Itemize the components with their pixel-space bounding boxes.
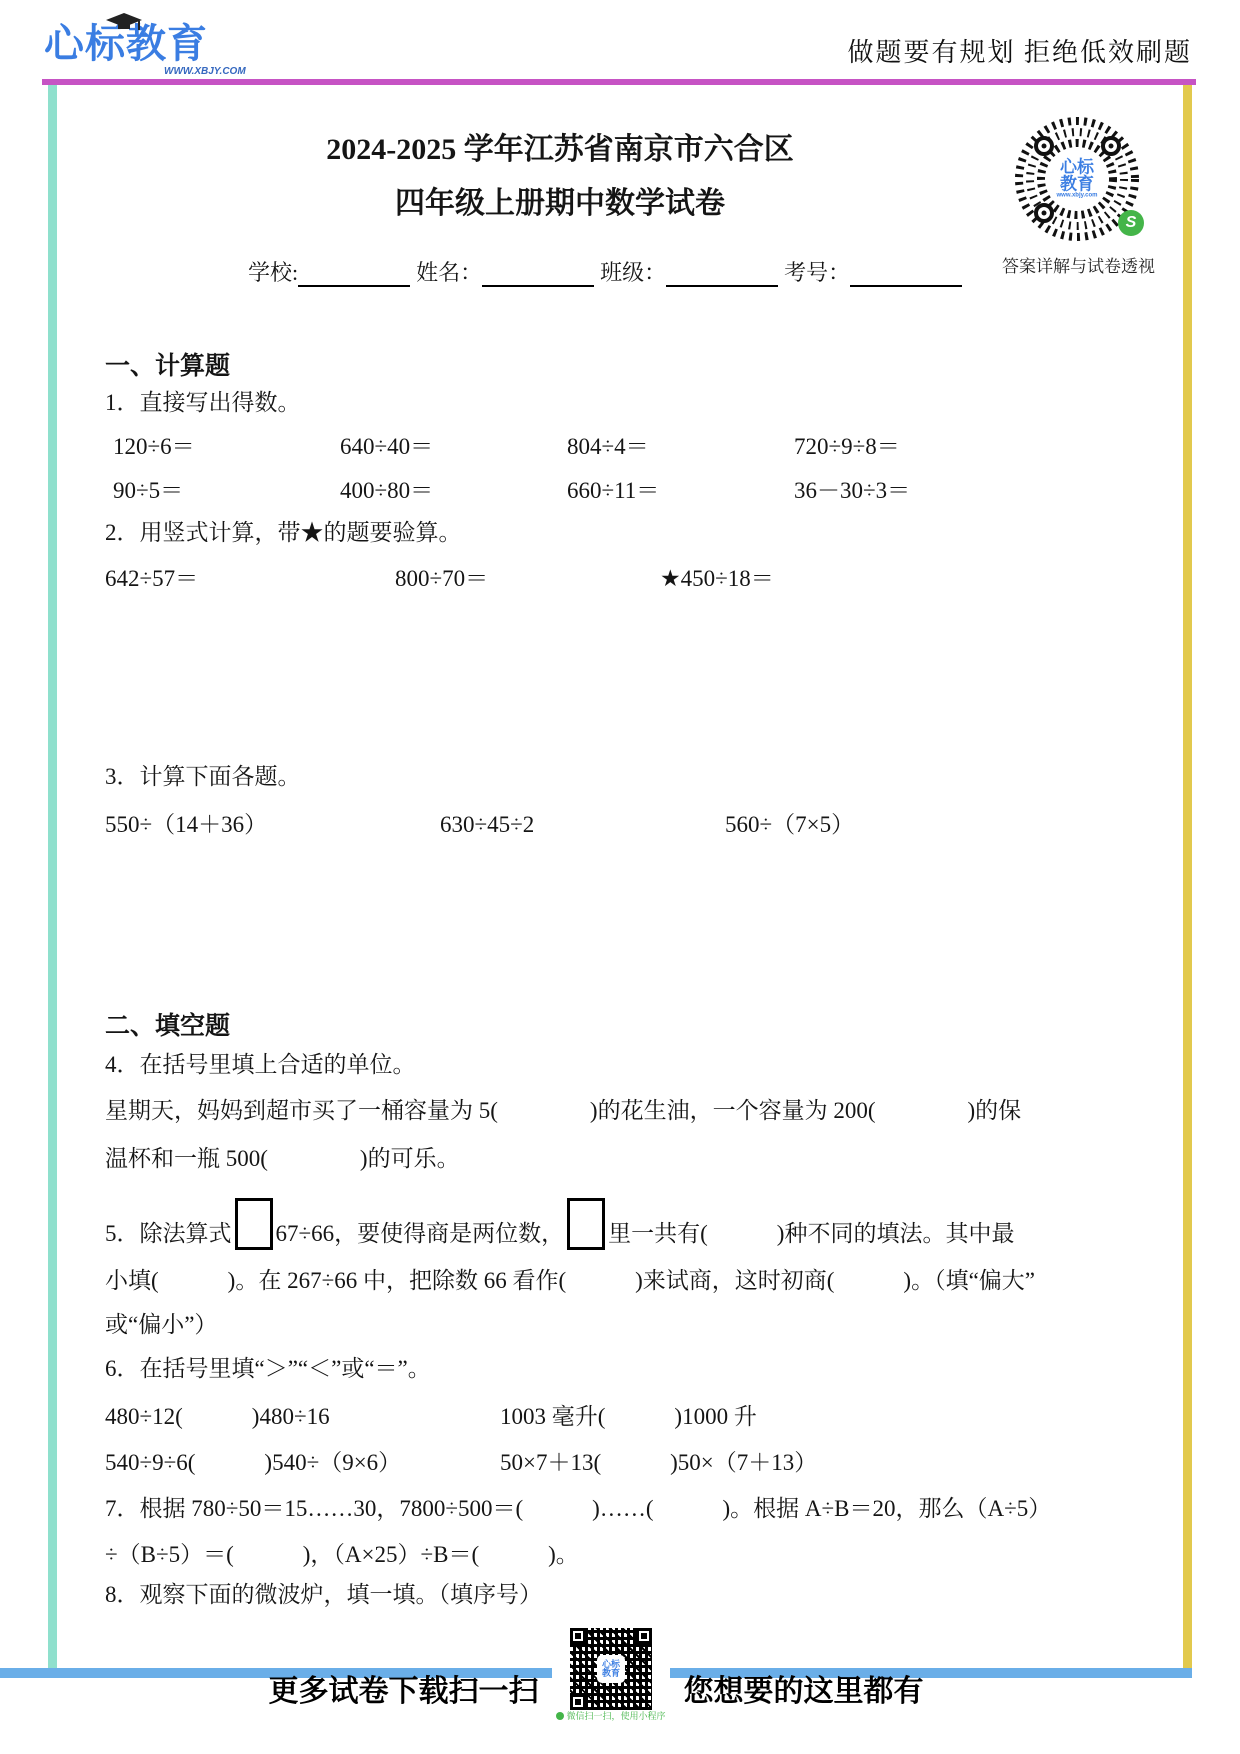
answer-qr-code: 心标 教育 www.xbjy.com S [1014,116,1140,242]
brand-logo: 心标教育 WWW.XBJY.COM [44,20,234,78]
q1-expr: 36－30÷3＝ [794,476,1021,506]
q5-answer-box [567,1198,605,1250]
q1-row2: 90÷5＝ 400÷80＝ 660÷11＝ 36－30÷3＝ [113,476,1021,506]
qr-finder-icon [570,1694,586,1710]
q2-exprs: 642÷57＝ 800÷70＝ ★450÷18＝ [105,564,774,594]
q3-expr: 560÷（7×5） [725,810,854,840]
q1-expr: 660÷11＝ [567,476,794,506]
class-blank [666,261,778,287]
q4-text-line2: 温杯和一瓶 500( )的可乐。 [105,1144,460,1174]
q1-expr: 120÷6＝ [113,432,340,462]
q6-compare: 540÷9÷6( )540÷（9×6） [105,1448,500,1478]
header-slogan: 做题要有规划 拒绝低效刷题 [847,32,1192,69]
brand-logo-url: WWW.XBJY.COM [164,66,246,77]
name-label: 姓名： [416,256,482,287]
footer-right-text: 您想要的这里都有 [684,1666,924,1710]
graduation-cap-icon [106,13,142,33]
qr-logo-url: www.xbjy.com [1056,193,1097,200]
q5-part3: 里一共有( )种不同的填法。其中最 [608,1218,1014,1250]
student-info-row: 学校: 姓名： 班级： 考号： [248,256,968,287]
page-border-right [1183,85,1192,1668]
q2-expr: 642÷57＝ [105,564,395,594]
q1-expr: 640÷40＝ [340,432,567,462]
q6-compare: 50×7＋13( )50×（7＋13） [500,1448,817,1478]
qr-bottom-caption: 微信扫一扫，使用小程序 [556,1710,665,1722]
qr-logo-line1: 心标 [1056,159,1097,176]
q1-expr: 400÷80＝ [340,476,567,506]
q4-label: 4．在括号里填上合适的单位。 [105,1050,416,1080]
q6-label: 6．在括号里填“＞”“＜”或“＝”。 [105,1354,431,1384]
q3-expr: 630÷45÷2 [440,810,725,840]
q3-expr: 550÷（14＋36） [105,810,440,840]
exam-title-line2: 四年级上册期中数学试卷 [0,178,1120,222]
q1-label: 1．直接写出得数。 [105,388,301,418]
exam-page: 心标教育 WWW.XBJY.COM 做题要有规划 拒绝低效刷题 2024-202… [0,0,1240,1754]
qr-caption-text: 微信扫一扫，使用小程序 [566,1710,665,1722]
qr-finder-icon [636,1628,652,1644]
q6-compare: 480÷12( )480÷16 [105,1402,500,1432]
exam-title-line1: 2024-2025 学年江苏省南京市六合区 [0,124,1120,168]
q7-text-line1: 7．根据 780÷50＝15……30，7800÷500＝( )……( )。根据 … [105,1494,1051,1524]
name-blank [482,261,594,287]
q6-row1: 480÷12( )480÷16 1003 毫升( )1000 升 [105,1402,757,1432]
qr-logo-line2: 教育 [1056,176,1097,193]
q1-expr: 720÷9÷8＝ [794,432,1021,462]
exam-no-blank [850,261,962,287]
qr-logo-line2: 教育 [597,1669,625,1678]
school-blank [298,261,410,287]
q2-expr: 800÷70＝ [395,564,660,594]
q5-part1: 5．除法算式 [105,1218,232,1250]
section2-heading: 二、填空题 [105,1006,230,1042]
q6-row2: 540÷9÷6( )540÷（9×6） 50×7＋13( )50×（7＋13） [105,1448,817,1478]
q1-expr: 804÷4＝ [567,432,794,462]
footer: 更多试卷下载扫一扫 心标 教育 微信扫一扫，使用小程序 您想要的这里都有 [0,1626,1192,1724]
q2-expr-starred: ★450÷18＝ [660,564,774,594]
q5-part2: 67÷66，要使得商是两位数， [276,1218,565,1250]
q3-exprs: 550÷（14＋36） 630÷45÷2 560÷（7×5） [105,810,854,840]
q7-text-line2: ÷（B÷5）＝( )，（A×25）÷B＝( )。 [105,1540,579,1570]
q3-label: 3．计算下面各题。 [105,762,301,792]
q2-label: 2．用竖式计算，带★的题要验算。 [105,518,462,548]
qr-center-logo: 心标 教育 www.xbjy.com [1056,159,1097,200]
footer-left-text: 更多试卷下载扫一扫 [268,1666,538,1710]
section1-heading: 一、计算题 [105,346,230,382]
header-divider-line [42,79,1196,85]
q4-text-line1: 星期天，妈妈到超市买了一桶容量为 5( )的花生油，一个容量为 200( )的保 [105,1096,1021,1126]
qr-finder-icon [570,1628,586,1644]
q6-compare: 1003 毫升( )1000 升 [500,1402,757,1432]
class-label: 班级： [600,256,666,287]
q1-expr: 90÷5＝ [113,476,340,506]
qr-pattern: 心标 教育 [570,1628,652,1710]
q8-label: 8．观察下面的微波炉，填一填。（填序号） [105,1580,542,1610]
wechat-miniprogram-icon: S [1118,210,1144,236]
q1-row1: 120÷6＝ 640÷40＝ 804÷4＝ 720÷9÷8＝ [113,432,1021,462]
wechat-icon [556,1712,564,1720]
q5-text-line3: 或“偏小”） [105,1310,217,1340]
page-border-left [48,85,57,1668]
q5-text-line2: 小填( )。在 267÷66 中，把除数 66 看作( )来试商，这时初商( )… [105,1266,1035,1296]
exam-no-label: 考号： [784,256,850,287]
qr-center-logo: 心标 教育 [597,1655,625,1683]
qr-caption: 答案详解与试卷透视 [1002,252,1155,277]
download-qr-code: 心标 教育 微信扫一扫，使用小程序 [552,1626,669,1724]
q5-answer-box [235,1198,273,1250]
school-label: 学校: [248,256,298,287]
q5-text-line1: 5．除法算式 67÷66，要使得商是两位数， 里一共有( )种不同的填法。其中最 [105,1196,1014,1250]
